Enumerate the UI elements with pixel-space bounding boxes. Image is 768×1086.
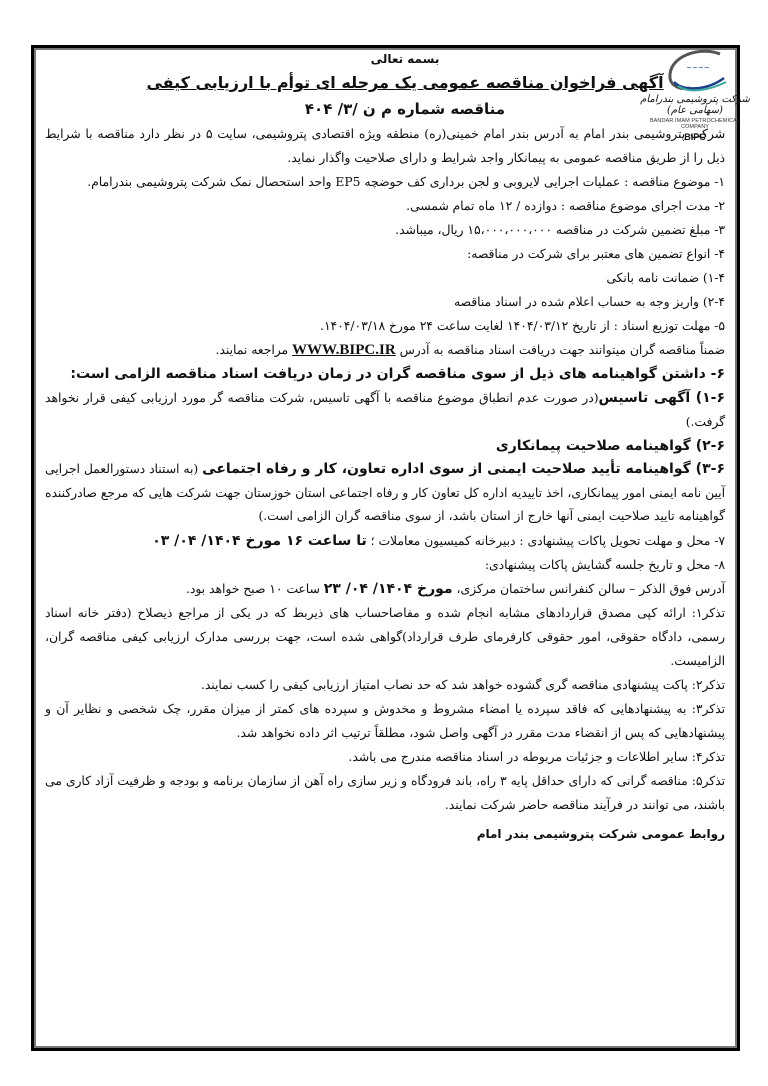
item-guarantee-deposit: ۲-۴) واریز وجه به حساب اعلام شده در اسنا…	[45, 290, 725, 314]
item-bid-delivery: ۷- محل و مهلت تحویل پاکات پیشنهادی : دبی…	[45, 529, 725, 553]
item-cert-safety: ۳-۶) گواهینامه تأیید صلاحیت ایمنی از سوی…	[45, 458, 725, 529]
opening-date: مورخ ۱۴۰۴/ ۰۴/ ۲۳	[324, 581, 453, 597]
signature: روابط عمومی شرکت پتروشیمی بندر امام	[45, 827, 725, 841]
tender-number: مناقصه شماره م ن /۳/ ۴۰۴	[85, 96, 725, 122]
item-subject: ۱- موضوع مناقصه : عملیات اجرایی لایروبی …	[45, 170, 725, 194]
item-guarantee-amount: ۳- مبلغ تضمین شرکت در مناقصه ۱۵،۰۰۰،۰۰۰،…	[45, 218, 725, 242]
cert-registration-label: ۱-۶) آگهی تاسیس	[599, 390, 725, 406]
item-certificates: ۶- داشتن گواهینامه های ذیل از سوی مناقصه…	[45, 362, 725, 386]
opening-time: ساعت ۱۰ صبح خواهد بود.	[186, 582, 320, 596]
opening-address-text: آدرس فوق الذکر – سالن کنفرانس ساختمان مر…	[457, 582, 725, 596]
note-2: تذکر۲: پاکت پیشنهادی مناقصه گری گشوده خو…	[45, 673, 725, 697]
docs-website-note: ضمناً مناقصه گران میتوانند جهت دریافت اس…	[45, 338, 725, 362]
website-link[interactable]: WWW.BIPC.IR	[292, 342, 396, 358]
note-4: تذکر۴: سایر اطلاعات و جزئیات مربوطه در ا…	[45, 745, 725, 769]
note-3: تذکر۳: به پیشنهادهایی که فاقد سپرده یا ا…	[45, 697, 725, 745]
docs-note-tail: مراجعه نمایند.	[216, 343, 289, 357]
bismillah: بسمه تعالی	[85, 48, 725, 70]
announcement-body: بسمه تعالی آگهی فراخوان مناقصه عمومی یک …	[45, 48, 725, 841]
cert-safety-label: ۳-۶) گواهینامه تأیید صلاحیت ایمنی از سوی…	[202, 461, 725, 477]
item-guarantee-bank: ۱-۴) ضمانت نامه بانکی	[45, 266, 725, 290]
docs-note-text: ضمناً مناقصه گران میتوانند جهت دریافت اس…	[400, 343, 725, 357]
item-cert-registration: ۱-۶) آگهی تاسیس(در صورت عدم انطباق موضوع…	[45, 386, 725, 434]
item-duration: ۲- مدت اجرای موضوع مناقصه : دوازده / ۱۲ …	[45, 194, 725, 218]
note-1: تذکر۱: ارائه کپی مصدق قراردادهای مشابه ا…	[45, 601, 725, 673]
item-docs-deadline: ۵- مهلت توزیع اسناد : از تاریخ ۱۴۰۴/۰۳/۱…	[45, 314, 725, 338]
item-cert-contractor: ۲-۶) گواهینامه صلاحیت پیمانکاری	[45, 434, 725, 458]
item-guarantee-types: ۴- انواع تضمین های معتبر برای شرکت در من…	[45, 242, 725, 266]
page-title: آگهی فراخوان مناقصه عمومی یک مرحله ای تو…	[85, 70, 725, 96]
bid-delivery-text: ۷- محل و مهلت تحویل پاکات پیشنهادی : دبی…	[371, 534, 725, 548]
header: بسمه تعالی آگهی فراخوان مناقصه عمومی یک …	[45, 48, 725, 122]
bid-opening-address: آدرس فوق الذکر – سالن کنفرانس ساختمان مر…	[45, 577, 725, 601]
bid-delivery-deadline: تا ساعت ۱۶ مورخ ۱۴۰۴/ ۰۴/ ۰۳	[152, 533, 366, 549]
item-bid-opening: ۸- محل و تاریخ جلسه گشایش پاکات پیشنهادی…	[45, 553, 725, 577]
note-5: تذکر۵: مناقصه گرانی که دارای حداقل پایه …	[45, 769, 725, 817]
intro-paragraph: شرکت پتروشیمی بندر امام به آدرس بندر اما…	[45, 122, 725, 170]
